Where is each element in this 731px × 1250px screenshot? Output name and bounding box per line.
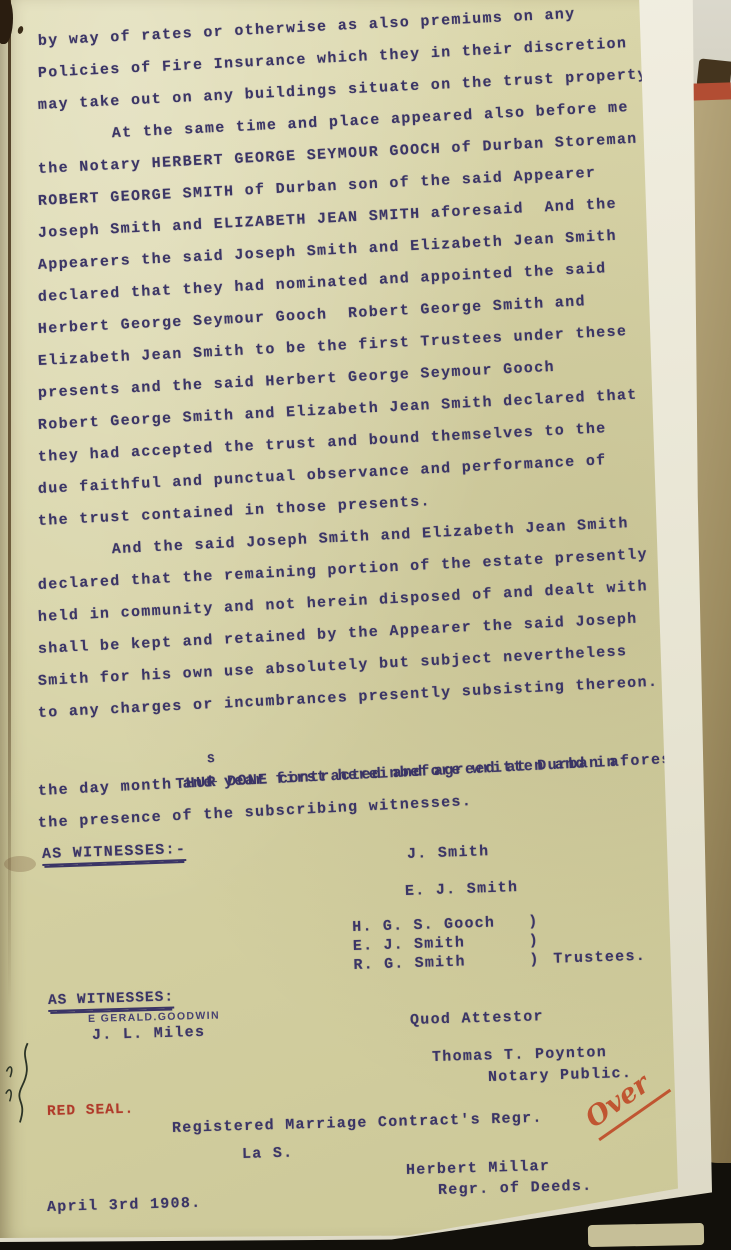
binding-shadow-blob — [0, 0, 13, 44]
signature-j-smith: J. Smith — [407, 843, 490, 863]
document-page: by way of rates or otherwise as also pre… — [0, 0, 680, 1238]
quod-attestor: Quod Attestor — [410, 1008, 544, 1029]
witness-heading-2: AS WITNESSES: — [48, 989, 175, 1009]
red-seal-note: RED SEAL. — [47, 1102, 135, 1120]
backdrop-bottom-page-tab — [588, 1223, 704, 1247]
typed-correction-letter: S — [207, 753, 216, 765]
typed-body: by way of rates or otherwise as also pre… — [38, 26, 680, 840]
registrar-title: Regr. of Deeds. — [438, 1178, 593, 1199]
signature-e-j-smith: E. J. Smith — [405, 879, 519, 900]
registration-initials: La S. — [242, 1145, 294, 1163]
trustees-label: Trustees. — [553, 948, 646, 968]
notary-name: Thomas T. Poynton — [432, 1044, 608, 1066]
witness-stamp-gerald-goodwin: E GERALD.GOODWIN — [88, 1010, 220, 1025]
margin-smudge — [4, 856, 36, 872]
registered-line: Registered Marriage Contract's Regr. — [172, 1110, 543, 1137]
witness-heading-1-label: AS WITNESSES:- — [42, 841, 187, 866]
body-paragraphs: by way of rates or otherwise as also pre… — [38, 26, 680, 730]
date-stamp: April 3rd 1908. — [47, 1195, 202, 1216]
binding-crease — [8, 0, 11, 1005]
trustees-block: H. G. S. Gooch)E. J. Smith)R. G. Smith) … — [352, 909, 654, 998]
registrar-name: Herbert Millar — [406, 1158, 551, 1179]
margin-handwriting-scribble — [0, 1038, 49, 1132]
ink-speck — [17, 25, 24, 34]
witness-name-j-l-miles: J. L. Miles — [92, 1024, 206, 1044]
bracket-glyph: ) — [528, 912, 539, 931]
closing-paragraph: the day month and year first hereinbefor… — [38, 776, 680, 840]
notary-title: Notary Public. — [488, 1065, 633, 1086]
bracket-glyph: ) — [529, 950, 540, 969]
bracket-glyph: ) — [529, 931, 540, 950]
trustee-name: R. G. Smith — [353, 950, 530, 975]
backdrop-red-binding-strip — [692, 82, 731, 100]
witness-heading-1: AS WITNESSES:- — [42, 841, 187, 863]
witness-heading-2-label: AS WITNESSES: — [48, 989, 175, 1012]
